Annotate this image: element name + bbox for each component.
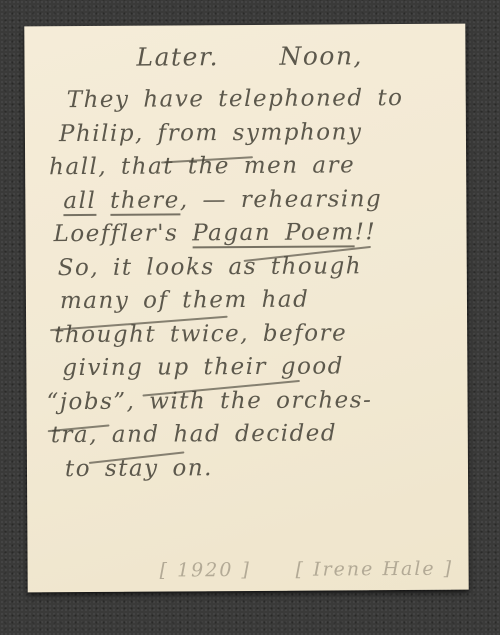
body-line-1: They have telephoned to [67, 82, 466, 118]
line-text: giving up their good [62, 353, 344, 381]
line-text: , — rehearsing [180, 186, 383, 213]
pencil-annotations: [ 1920 ] [ Irene Hale ] [28, 558, 469, 561]
line-text: to stay on. [65, 455, 213, 482]
heading-word-noon: Noon, [279, 41, 363, 71]
body-line-2: Philip, from symphony [59, 115, 466, 151]
line-text: tra, and had decided [51, 420, 337, 448]
handwritten-note-card: Later. Noon, They have telephoned to Phi… [24, 24, 468, 593]
backing-board: Later. Noon, They have telephoned to Phi… [0, 0, 500, 635]
line-text: Philip, from symphony [59, 119, 363, 147]
line-text: They have telephoned to [67, 85, 404, 113]
underlined-word-all: all [63, 187, 96, 215]
annotation-attribution: [ Irene Hale ] [296, 558, 454, 581]
body-line-8: thought twice, before [54, 316, 467, 352]
body-line-12: to stay on. [65, 450, 468, 486]
heading-word-later: Later. [136, 42, 219, 72]
body-line-9: giving up their good [62, 350, 467, 386]
line-text: hall, that the men are [49, 152, 355, 180]
underlined-title-pagan-poem: Pagan Poem [192, 219, 355, 248]
line-text: !! [355, 219, 377, 245]
line-text: many of them had [60, 287, 310, 315]
body-line-5: Loeffler's Pagan Poem!! [53, 216, 466, 252]
heading-line: Later. Noon, [136, 24, 465, 74]
line-text: So, it looks as though [58, 253, 362, 281]
line-text: Loeffler's [53, 220, 192, 247]
body-line-11: tra, and had decided [51, 417, 468, 453]
line-text: “jobs”, with the orches- [46, 387, 372, 415]
body-line-4: all there, — rehearsing [63, 182, 466, 218]
annotation-year: [ 1920 ] [160, 559, 251, 582]
body-line-3: hall, that the men are [49, 149, 466, 185]
underlined-word-there: there [110, 187, 180, 215]
note-body: They have telephoned to Philip, from sym… [25, 82, 468, 487]
line-text: thought twice, before [54, 320, 347, 348]
body-line-10: “jobs”, with the orches- [46, 383, 467, 419]
body-line-7: many of them had [60, 283, 467, 319]
body-line-6: So, it looks as though [58, 249, 467, 285]
